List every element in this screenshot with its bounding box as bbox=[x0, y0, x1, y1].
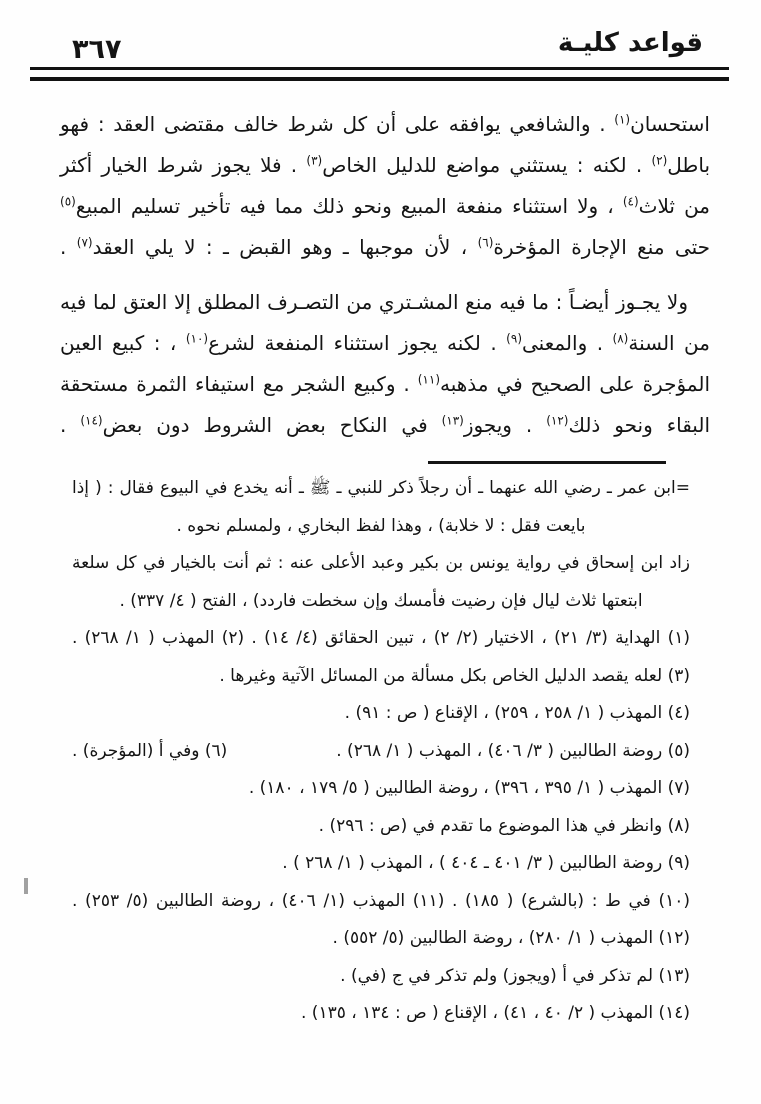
footnote-line: (٤) المهذب ( ١/ ٢٥٨ ، ٢٥٩) ، الإقناع ( ص… bbox=[72, 695, 690, 733]
footnote-line: ابتعتها ثلاث ليال فإن رضيت فأمسك وإن سخط… bbox=[72, 583, 690, 621]
footnote-line: (١٠) في ط : (بالشرع) ( ١٨٥) . (١١) المهذ… bbox=[72, 883, 690, 921]
footnote-line: (١٣) لم تذكر في أ (ويجوز) ولم تذكر في ج … bbox=[72, 958, 690, 996]
footnote-6: (٦) وفي أ (المؤجرة) . bbox=[72, 733, 227, 771]
text-line: ولا يجـوز أيضـاً : ما فيه منع المشـتري م… bbox=[60, 282, 710, 323]
footnote-5: (٥) روضة الطالبين ( ٣/ ٤٠٦) ، المهذب ( ١… bbox=[336, 733, 690, 771]
book-page: قواعد كليـة ٣٦٧ استحسان(١) . والشافعي يو… bbox=[0, 0, 761, 1104]
text-line: باطل(٢) . لكنه : يستثني مواضع للدليل الخ… bbox=[60, 145, 710, 186]
footnote-line: =ابن عمر ـ رضي الله عنهما ـ أن رجلاً ذكر… bbox=[72, 470, 690, 508]
scan-artifact bbox=[24, 878, 28, 894]
paragraph-1: استحسان(١) . والشافعي يوافقه على أن كل ش… bbox=[60, 104, 710, 268]
footnote-line: (١٢) المهذب ( ١/ ٢٨٠) ، روضة الطالبين (٥… bbox=[72, 920, 690, 958]
footnote-line: (٨) وانظر في هذا الموضوع ما تقدم في (ص :… bbox=[72, 808, 690, 846]
footnote-line: (٩) روضة الطالبين ( ٣/ ٤٠١ ـ ٤٠٤ ) ، الم… bbox=[72, 845, 690, 883]
text-line: حتى منع الإجارة المؤخرة(٦) ، لأن موجبها … bbox=[60, 227, 710, 268]
footnote-line-double: (٥) روضة الطالبين ( ٣/ ٤٠٦) ، المهذب ( ١… bbox=[72, 733, 690, 771]
text-line: استحسان(١) . والشافعي يوافقه على أن كل ش… bbox=[60, 104, 710, 145]
footnotes: =ابن عمر ـ رضي الله عنهما ـ أن رجلاً ذكر… bbox=[72, 470, 690, 1033]
footnote-line: (٣) لعله يقصد الدليل الخاص بكل مسألة من … bbox=[72, 658, 690, 696]
text-line: من ثلاث(٤) ، ولا استثناء منفعة المبيع ون… bbox=[60, 186, 710, 227]
footnote-line: (١) الهداية (٣/ ٢١) ، الاختيار (٢/ ٢) ، … bbox=[72, 620, 690, 658]
text-line: المؤجرة على الصحيح في مذهبه(١١) . وكبيع … bbox=[60, 364, 710, 405]
text-line: من السنة(٨) . والمعنى(٩) . لكنه يجوز است… bbox=[60, 323, 710, 364]
header-rule-bottom bbox=[30, 77, 729, 81]
page-number: ٣٦٧ bbox=[72, 34, 121, 65]
text-line: البقاء ونحو ذلك(١٢) . ويجوز(١٣) في النكا… bbox=[60, 405, 710, 446]
paragraph-2: ولا يجـوز أيضـاً : ما فيه منع المشـتري م… bbox=[60, 282, 710, 446]
footnote-line: بايعت فقل : لا خلابة) ، وهذا لفظ البخاري… bbox=[72, 508, 690, 546]
footnote-line: (١٤) المهذب ( ٢/ ٤٠ ، ٤١) ، الإقناع ( ص … bbox=[72, 995, 690, 1033]
body-text: استحسان(١) . والشافعي يوافقه على أن كل ش… bbox=[60, 104, 710, 446]
book-title: قواعد كليـة bbox=[558, 28, 703, 58]
footnote-separator bbox=[428, 461, 666, 464]
header-rule-top bbox=[30, 67, 729, 70]
footnote-line: زاد ابن إسحاق في رواية يونس بن بكير وعبد… bbox=[72, 545, 690, 583]
footnote-line: (٧) المهذب ( ١/ ٣٩٥ ، ٣٩٦) ، روضة الطالب… bbox=[72, 770, 690, 808]
